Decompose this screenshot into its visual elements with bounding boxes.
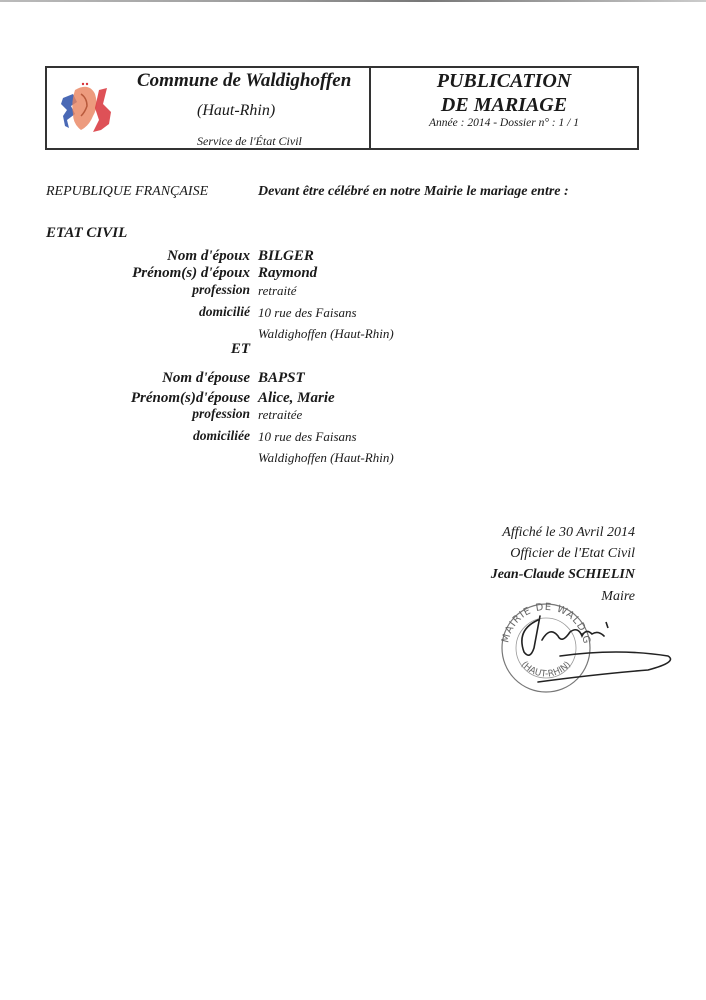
marianne-logo-icon: [59, 80, 117, 140]
section-title: ETAT CIVIL: [46, 225, 127, 242]
spouse2-address-line1: 10 rue des Faisans: [258, 429, 357, 445]
officer-name: Jean-Claude SCHIELIN: [491, 567, 635, 583]
spouse1-profession: retraité: [258, 283, 297, 299]
official-seal-stamp-icon: MAIRIE DE WALDIGHOFFEN (HAUT-RHIN): [498, 600, 698, 695]
spouse2-firstname-label: Prénom(s)d'épouse: [131, 390, 250, 407]
spouse2-address-label: domiciliée: [193, 428, 250, 444]
officer-role: Officier de l'Etat Civil: [510, 546, 635, 562]
header-commune-box: Commune de Waldighoffen (Haut-Rhin) Serv…: [47, 68, 371, 148]
spouse2-name: BAPST: [258, 370, 305, 387]
posted-date: Affiché le 30 Avril 2014: [502, 525, 635, 541]
republic-label: REPUBLIQUE FRANÇAISE: [46, 184, 208, 200]
spouse2-profession: retraitée: [258, 407, 302, 423]
dossier-info: Année : 2014 - Dossier n° : 1 / 1: [371, 117, 637, 129]
title-line-2: DE MARIAGE: [371, 95, 637, 116]
spouse1-profession-label: profession: [192, 282, 250, 298]
spouse2-address-line2: Waldighoffen (Haut-Rhin): [258, 450, 394, 466]
service-name: Service de l'État Civil: [197, 134, 302, 149]
spouse2-profession-label: profession: [192, 406, 250, 422]
scan-edge: [0, 0, 706, 2]
spouse1-name: BILGER: [258, 248, 314, 265]
stamp-text-bottom: (HAUT-RHIN): [519, 660, 573, 680]
department: (Haut-Rhin): [197, 102, 275, 120]
spouse2-firstname: Alice, Marie: [258, 390, 335, 407]
announcement-text: Devant être célébré en notre Mairie le m…: [258, 184, 569, 200]
spouse1-address-label: domicilié: [199, 304, 250, 320]
header-title-box: PUBLICATION DE MARIAGE Année : 2014 - Do…: [371, 68, 637, 148]
document-header: Commune de Waldighoffen (Haut-Rhin) Serv…: [45, 66, 639, 150]
title-line-1: PUBLICATION: [371, 71, 637, 92]
connector-et: ET: [231, 341, 250, 358]
spouse1-address-line1: 10 rue des Faisans: [258, 305, 357, 321]
svg-text:(HAUT-RHIN): (HAUT-RHIN): [519, 660, 573, 680]
spouse1-name-label: Nom d'époux: [167, 248, 250, 265]
spouse1-firstname-label: Prénom(s) d'époux: [132, 265, 250, 282]
spouse1-firstname: Raymond: [258, 265, 317, 282]
spouse1-address-line2: Waldighoffen (Haut-Rhin): [258, 326, 394, 342]
commune-name: Commune de Waldighoffen: [137, 70, 351, 92]
spouse2-name-label: Nom d'épouse: [162, 370, 250, 387]
stamp-text-top: MAIRIE DE WALDIGHOFFEN: [498, 600, 592, 645]
svg-text:MAIRIE DE WALDIGHOFFEN: MAIRIE DE WALDIGHOFFEN: [498, 600, 592, 645]
